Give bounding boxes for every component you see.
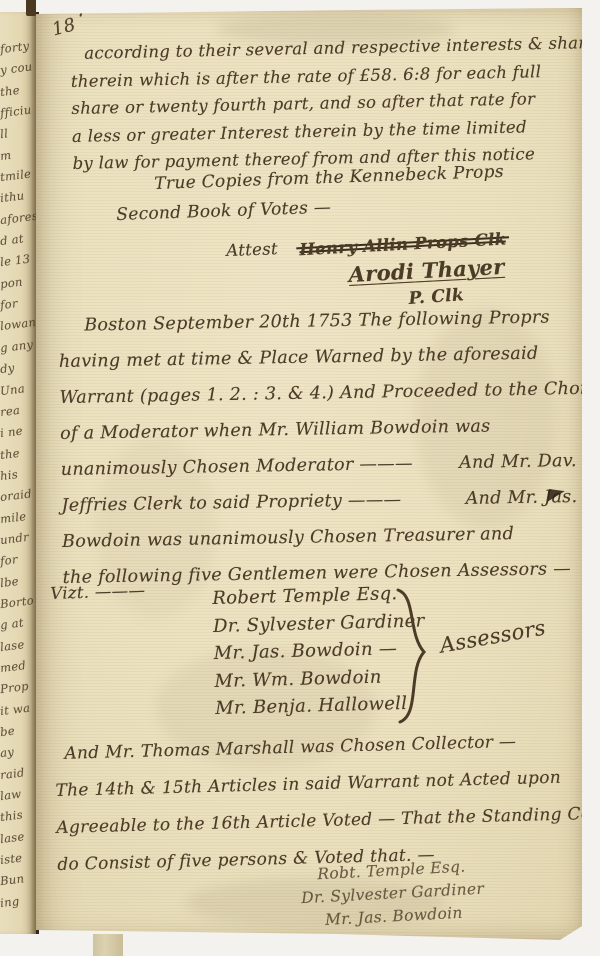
margin-fragment-text: Una xyxy=(0,379,37,397)
margin-fragment-text: ithu xyxy=(0,187,37,205)
page-number: 18 xyxy=(50,14,78,40)
margin-fragment-text: forty xyxy=(0,38,37,56)
meeting-lines-top: Boston September 20th 1753 The following… xyxy=(58,299,584,452)
margin-fragment-text: tmile xyxy=(0,166,37,184)
clerk-chosen-text: Jeffries Clerk to said Propriety ——— xyxy=(61,482,402,524)
binding-tab-icon xyxy=(26,0,36,16)
meeting-record-paragraph: Boston September 20th 1753 The following… xyxy=(58,299,587,596)
margin-fragment-text: his xyxy=(0,465,37,483)
margin-fragment-text: iste xyxy=(0,849,37,867)
margin-fragment-text: fficiu xyxy=(0,102,37,120)
margin-fragment-text: ay xyxy=(0,742,37,760)
margin-fragment-text: y cou xyxy=(0,59,37,77)
margin-fragment-text: the xyxy=(0,81,37,99)
moderator-chosen-text: unanimously Chosen Moderator ——— xyxy=(61,446,414,488)
second-book-heading: Second Book of Votes — xyxy=(116,198,331,225)
margin-fragment-text: Bun xyxy=(0,870,37,888)
margin-fragment-text: it wa xyxy=(0,700,37,718)
margin-fragment-text: lbe xyxy=(0,571,37,589)
manuscript-photo: fortyy couthefficiullmtmileithuaforesad … xyxy=(0,0,600,956)
margin-fragment-text: aforesa xyxy=(0,209,37,227)
vizt-label: Vizt. ——— xyxy=(50,581,146,603)
closing-paragraph: And Mr. Thomas Marshall was Chosen Colle… xyxy=(54,722,582,884)
margin-fragment-text: rea xyxy=(0,401,37,419)
margin-fragment-text: i ne xyxy=(0,422,37,440)
manuscript-page: 18 according to their several and respec… xyxy=(36,8,582,942)
binding-strip-bottom xyxy=(93,934,123,956)
margin-fragment-text: g at xyxy=(0,614,37,632)
clerk-signature: Arodi Thayer xyxy=(348,254,505,287)
margin-fragment-text: the xyxy=(0,443,37,461)
and-mr-dav-text: And Mr. Dav. xyxy=(459,443,577,481)
committee-name-list: Robt. Temple Esq.Dr. Sylvester GardinerM… xyxy=(284,854,501,934)
ink-blot-icon xyxy=(547,489,565,504)
margin-fragment-text: lowan xyxy=(0,315,37,333)
margin-fragment-text: d at xyxy=(0,230,37,248)
margin-fragment-text: g any xyxy=(0,337,37,355)
margin-fragment-text: dy xyxy=(0,358,37,376)
margin-fragment-text: for xyxy=(0,294,37,312)
margin-fragment-text: law xyxy=(0,785,37,803)
margin-fragment-text: pon xyxy=(0,273,37,291)
assessors-label: Assessors xyxy=(438,615,547,657)
previous-page-edge: fortyy couthefficiullmtmileithuaforesad … xyxy=(0,12,39,934)
curly-brace-icon xyxy=(390,586,434,726)
margin-fragment-text: for xyxy=(0,550,37,568)
margin-fragment-text: be xyxy=(0,721,37,739)
margin-fragment-text: ing xyxy=(0,892,37,910)
notice-paragraph: according to their several and respectiv… xyxy=(70,29,579,177)
margin-fragment-text: mile xyxy=(0,507,37,525)
margin-fragment-text: lase xyxy=(0,828,37,846)
margin-fragment-text: m xyxy=(0,145,37,163)
margin-fragment-text: undr xyxy=(0,529,37,547)
margin-fragment-text: ll xyxy=(0,123,37,141)
margin-fragment-text: this xyxy=(0,806,37,824)
margin-fragments: fortyy couthefficiullmtmileithuaforesad … xyxy=(0,40,36,908)
page-number-flourish xyxy=(79,1,85,17)
margin-fragment-text: oraid xyxy=(0,486,37,504)
margin-fragment-text: le 13 xyxy=(0,251,37,269)
attest-label: Attest xyxy=(226,239,278,260)
margin-fragment-text: raid xyxy=(0,764,37,782)
margin-fragment-text: lase xyxy=(0,635,37,653)
margin-fragment-text: med xyxy=(0,657,37,675)
margin-fragment-text: Borto xyxy=(0,593,37,611)
margin-fragment-text: Prop xyxy=(0,678,37,696)
